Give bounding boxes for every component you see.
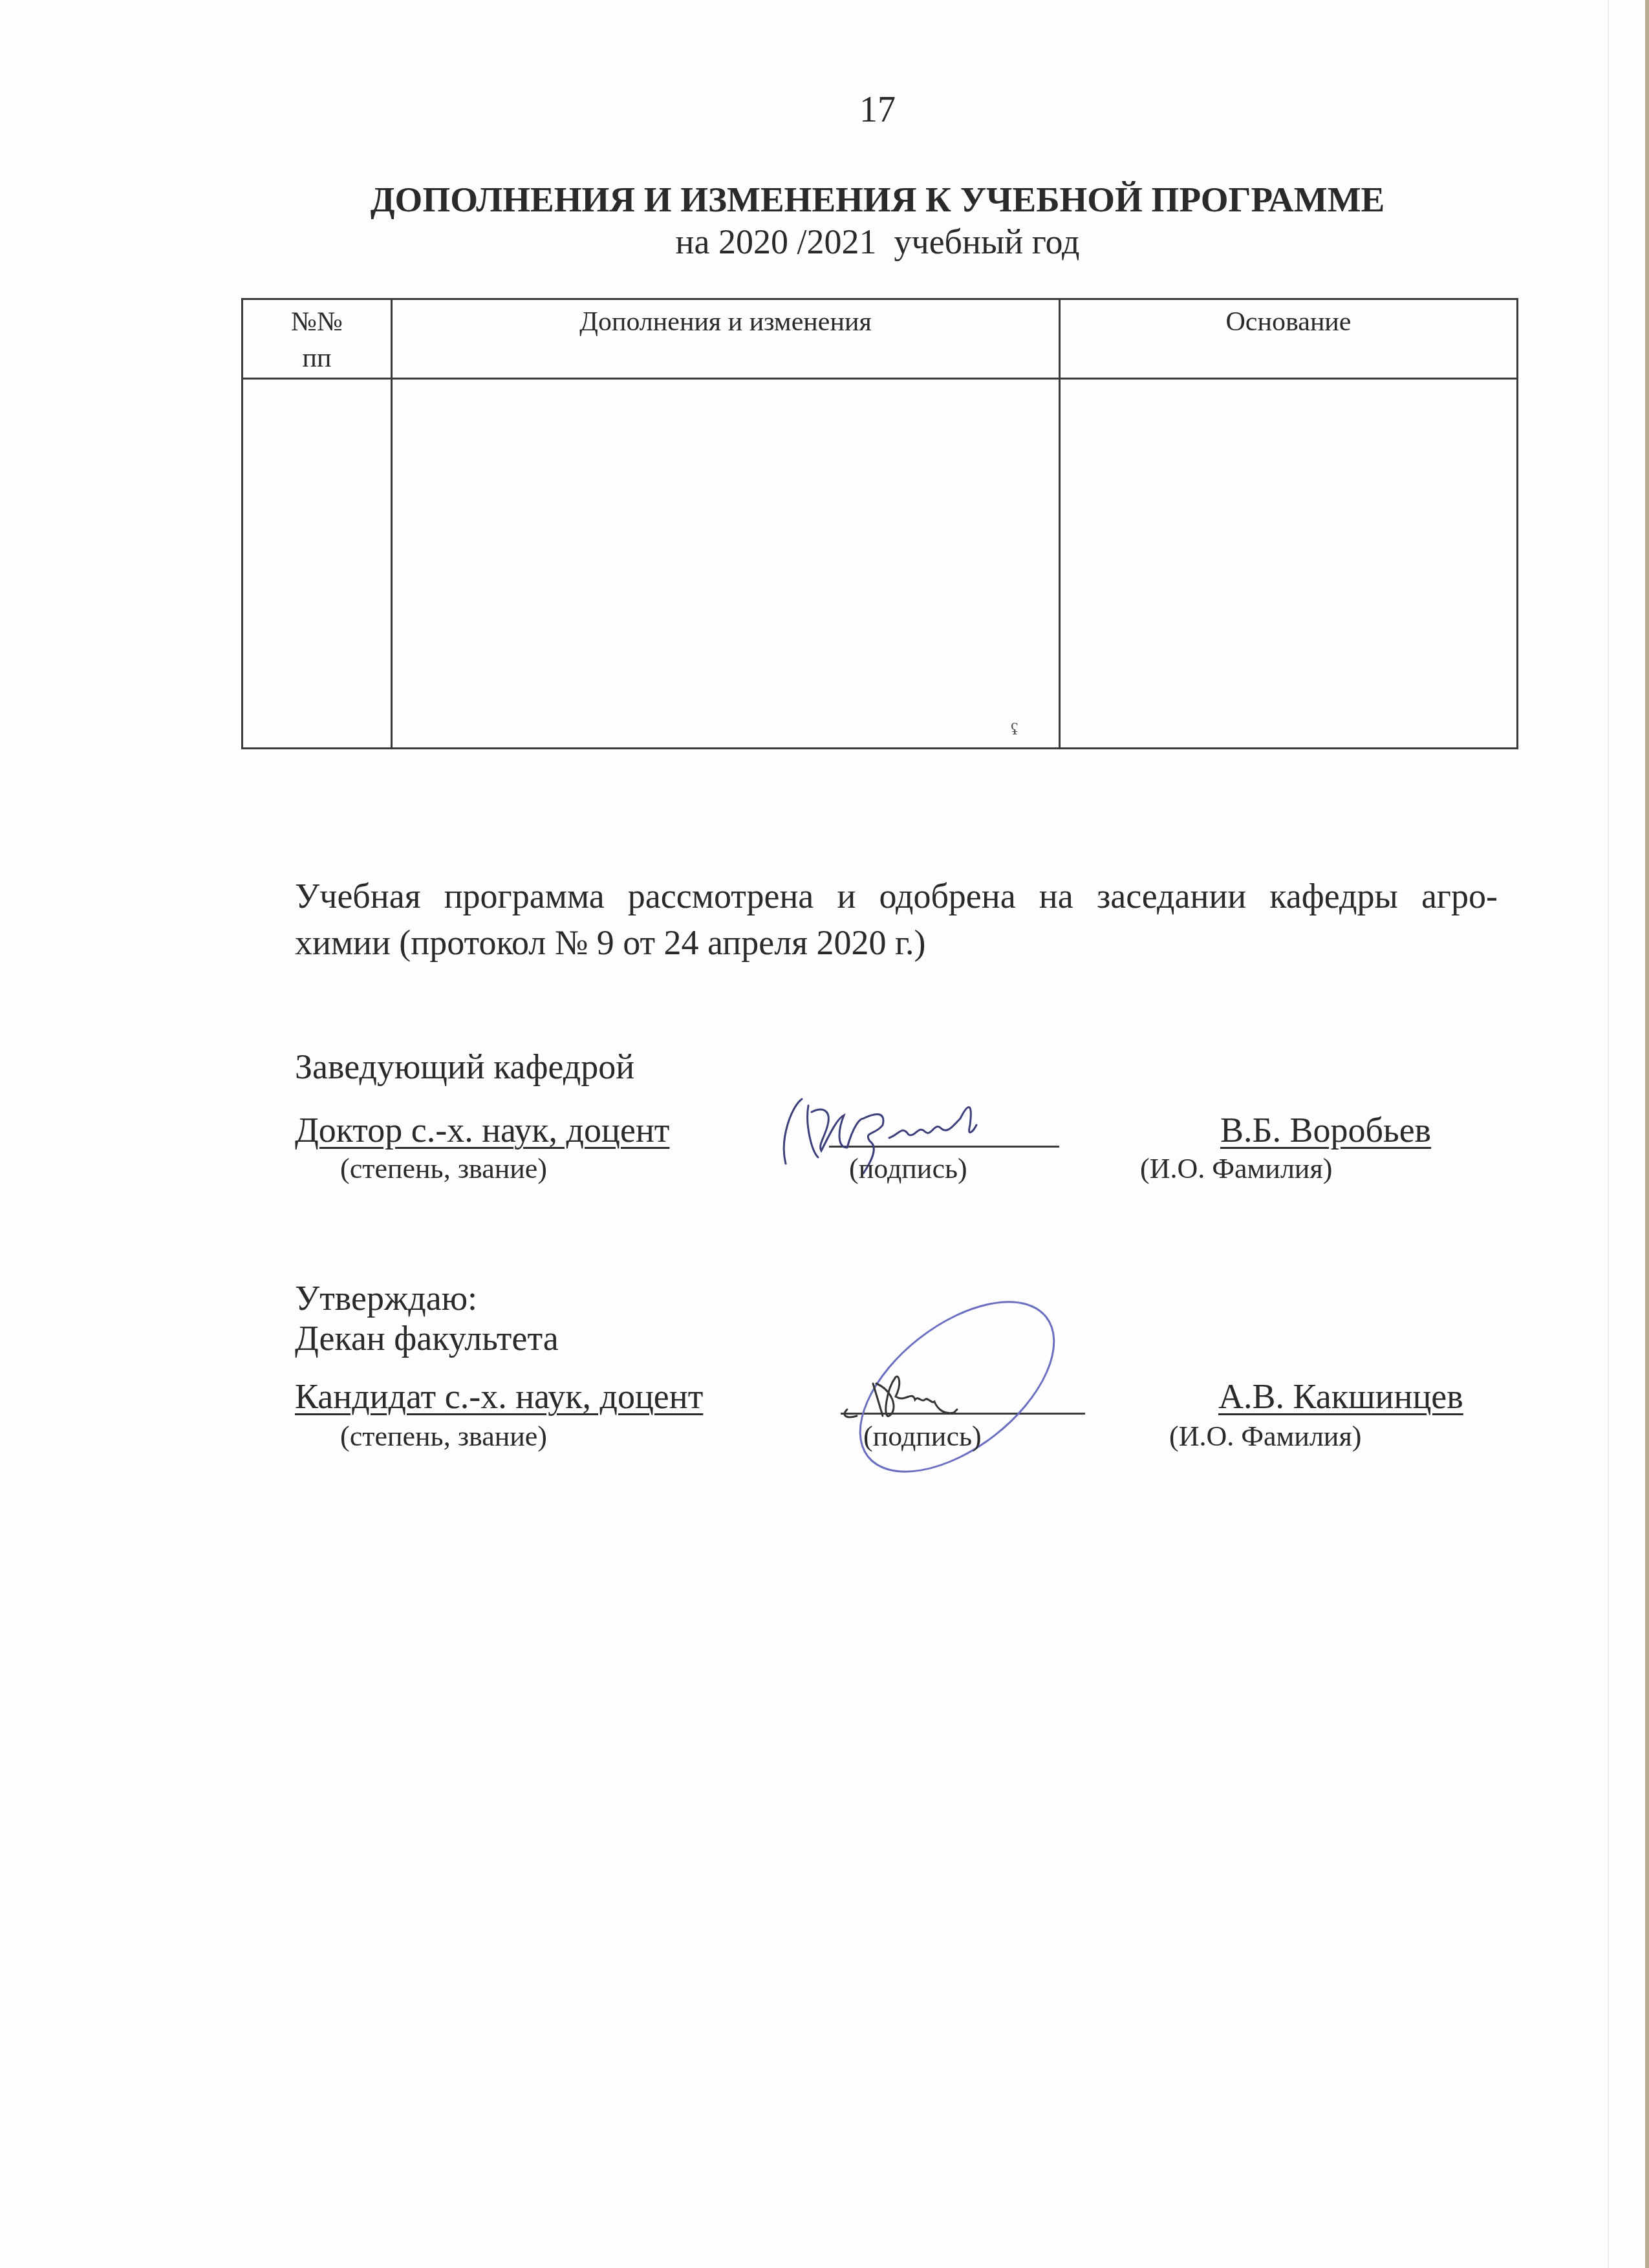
dean-approve-label: Утверждаю:: [295, 1278, 477, 1319]
head-signature-caption: (подпись): [849, 1152, 967, 1186]
page-subtitle: на 2020 /2021 учебный год: [0, 221, 1649, 262]
head-role: Заведующий кафедрой: [295, 1046, 634, 1087]
approval-line-2: химии (протокол № 9 от 24 апреля 2020 г.…: [295, 923, 926, 962]
dean-degree-caption: (степень, звание): [340, 1420, 547, 1453]
header-number: №№ пп: [242, 299, 392, 379]
header-changes: Дополнения и изменения: [392, 299, 1060, 379]
page-number: 17: [0, 89, 1649, 131]
dean-degree: Кандидат с.-х. наук, доцент: [295, 1376, 703, 1417]
dean-name-caption: (И.О. Фамилия): [1169, 1420, 1361, 1453]
scan-fold-line: [1608, 0, 1609, 2268]
scan-edge-strip: [1645, 0, 1649, 2268]
dean-role: Декан факультета: [295, 1318, 559, 1359]
cell-number: [242, 379, 392, 749]
table-header-row: №№ пп Дополнения и изменения Основание: [242, 299, 1518, 379]
page-title: ДОПОЛНЕНИЯ И ИЗМЕНЕНИЯ К УЧЕБНОЙ ПРОГРАМ…: [0, 178, 1649, 221]
changes-table: №№ пп Дополнения и изменения Основание: [241, 298, 1518, 749]
head-degree: Доктор с.-х. наук, доцент: [295, 1109, 669, 1151]
head-name-caption: (И.О. Фамилия): [1140, 1152, 1332, 1186]
cell-changes: [392, 379, 1060, 749]
dean-name: А.В. Какшинцев: [1218, 1376, 1463, 1417]
head-degree-caption: (степень, звание): [340, 1152, 547, 1186]
approval-paragraph: Учебная программа рассмотрена и одобрена…: [295, 873, 1498, 966]
table-row: [242, 379, 1518, 749]
dean-signature-caption: (подпись): [863, 1420, 982, 1453]
stray-mark: ʢ: [1011, 720, 1018, 739]
head-name: В.Б. Воробьев: [1220, 1109, 1431, 1151]
cell-basis: [1060, 379, 1518, 749]
header-basis: Основание: [1060, 299, 1518, 379]
approval-line-1: Учебная программа рассмотрена и одобрена…: [295, 873, 1498, 919]
